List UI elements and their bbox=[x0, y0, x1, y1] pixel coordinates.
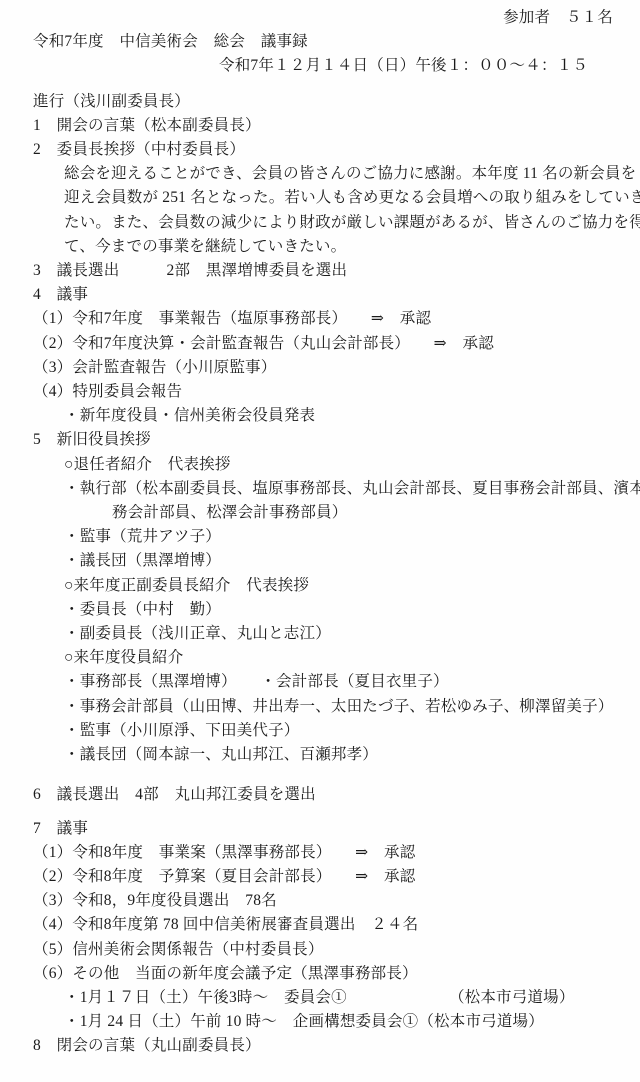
document-line: ・議長団（黒澤増博） bbox=[64, 549, 640, 573]
meeting-datetime: 令和7年１２月１４日（日）午後１：００～４：１５ bbox=[219, 54, 640, 78]
document-line: 務会計部員、松澤会計事務部員） bbox=[112, 501, 640, 525]
document-line: 総会を迎えることができ、会員の皆さんのご協力に感謝。本年度 11 名の新会員を bbox=[64, 162, 640, 186]
document-line: 5 新旧役員挨拶 bbox=[33, 428, 640, 452]
document-line: （2）令和7年度決算・会計監査報告（丸山会計部長） ⇒ 承認 bbox=[33, 332, 640, 356]
document-line: ・新年度役員・信州美術会役員発表 bbox=[64, 404, 640, 428]
document-line: ・委員長（中村 勤） bbox=[64, 598, 640, 622]
document-line: ・監事（荒井アツ子） bbox=[64, 525, 640, 549]
document-title: 令和7年度 中信美術会 総会 議事録 bbox=[33, 30, 640, 54]
document-line: ○来年度役員紹介 bbox=[64, 646, 640, 670]
document-line: 2 委員長挨拶（中村委員長） bbox=[33, 138, 640, 162]
minutes-page: 参加者 ５１名 令和7年度 中信美術会 総会 議事録 令和7年１２月１４日（日）… bbox=[0, 0, 640, 1082]
document-line: （6）その他 当面の新年度会議予定（黒澤事務部長） bbox=[33, 962, 640, 986]
document-line: ・副委員長（浅川正章、丸山と志江） bbox=[64, 622, 640, 646]
document-line: ・議長団（岡本諒一、丸山邦江、百瀬邦孝） bbox=[64, 743, 640, 767]
document-line: ・事務部長（黒澤増博） ・会計部長（夏目衣里子） bbox=[64, 670, 640, 694]
document-line: ○退任者紹介 代表挨拶 bbox=[64, 453, 640, 477]
participants-count: 参加者 ５１名 bbox=[0, 6, 640, 30]
document-line: （5）信州美術会関係報告（中村委員長） bbox=[33, 938, 640, 962]
document-line: ・事務会計部員（山田博、井出寿一、太田たづ子、若松ゆみ子、柳澤留美子） bbox=[64, 695, 640, 719]
document-line: 迎え会員数が 251 名となった。若い人も含め更なる会員増への取り組みをしていき bbox=[64, 186, 640, 210]
document-line: ○来年度正副委員長紹介 代表挨拶 bbox=[64, 574, 640, 598]
document-line: （1）令和7年度 事業報告（塩原事務部長） ⇒ 承認 bbox=[33, 307, 640, 331]
document-line: （3）会計監査報告（小川原監事） bbox=[33, 356, 640, 380]
document-body: 進行（浅川副委員長）1 開会の言葉（松本副委員長）2 委員長挨拶（中村委員長）総… bbox=[0, 90, 640, 1059]
document-line: ・1月１７日（土）午後3時～ 委員会① （松本市弓道場） bbox=[64, 986, 640, 1010]
document-line: （4）令和8年度第 78 回中信美術展審査員選出 ２４名 bbox=[33, 913, 640, 937]
document-line: て、今までの事業を継続していきたい。 bbox=[64, 235, 640, 259]
document-line: 6 議長選出 4部 丸山邦江委員を選出 bbox=[33, 783, 640, 807]
document-line: 7 議事 bbox=[33, 817, 640, 841]
document-line: 4 議事 bbox=[33, 283, 640, 307]
document-line: 3 議長選出 2部 黒澤増博委員を選出 bbox=[33, 259, 640, 283]
document-line: ・執行部（松本副委員長、塩原事務部長、丸山会計部長、夏目事務会計部員、濱本事 bbox=[64, 477, 640, 501]
document-line: （1）令和8年度 事業案（黒澤事務部長） ⇒ 承認 bbox=[33, 841, 640, 865]
document-line: 進行（浅川副委員長） bbox=[33, 90, 640, 114]
document-line: 8 閉会の言葉（丸山副委員長） bbox=[33, 1034, 640, 1058]
document-line: （3）令和8，9年度役員選出 78名 bbox=[33, 889, 640, 913]
document-line: 1 開会の言葉（松本副委員長） bbox=[33, 114, 640, 138]
document-line: ・1月 24 日（土）午前 10 時～ 企画構想委員会①（松本市弓道場） bbox=[64, 1010, 640, 1034]
document-line: たい。また、会員数の減少により財政が厳しい課題があるが、皆さんのご協力を得 bbox=[64, 211, 640, 235]
document-line: ・監事（小川原淨、下田美代子） bbox=[64, 719, 640, 743]
document-line: （2）令和8年度 予算案（夏目会計部長） ⇒ 承認 bbox=[33, 865, 640, 889]
document-line: （4）特別委員会報告 bbox=[33, 380, 640, 404]
